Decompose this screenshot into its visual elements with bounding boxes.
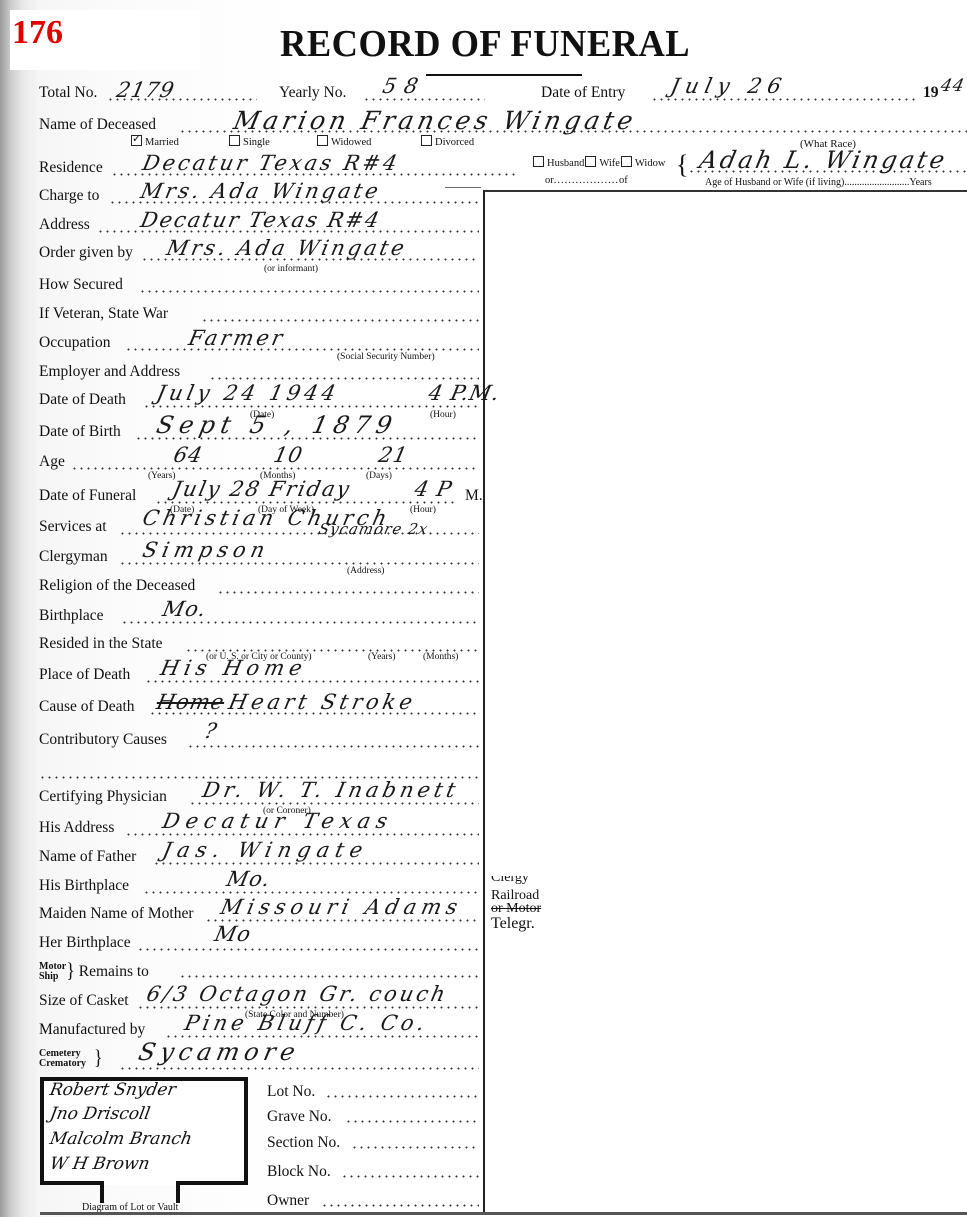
right-panel-left-border	[483, 190, 485, 1212]
dotted-leader	[351, 1146, 479, 1149]
field-cause-of-death: Cause of Death Home Heart Stroke	[39, 698, 479, 720]
dotted-leader	[71, 467, 479, 470]
dotted-leader	[363, 98, 485, 101]
field-label: Religion of the Deceased	[39, 577, 195, 595]
field-her-birthplace: Her Birthplace Mo	[39, 934, 479, 956]
field-value[interactable]: Missouri Adams	[218, 895, 464, 919]
field-charge-to: Charge to Mrs. Ada Wingate	[39, 187, 479, 209]
field-value[interactable]: Pine Bluff C. Co.	[182, 1011, 430, 1035]
dotted-leader	[325, 1095, 479, 1098]
address-sublabel: (Address)	[347, 566, 384, 576]
divorced-label: Divorced	[435, 137, 474, 148]
dotted-leader	[137, 948, 479, 951]
dotted-leader	[121, 621, 479, 624]
field-value[interactable]: His Home	[158, 656, 309, 680]
field-value[interactable]: Decatur Texas	[160, 809, 395, 833]
checkbox-icon[interactable]	[421, 135, 432, 146]
field-label: Certifying Physician	[39, 788, 167, 806]
field-veteran: If Veteran, State War	[39, 305, 479, 327]
informant-sublabel: (or informant)	[264, 264, 318, 274]
ssn-sublabel: (Social Security Number)	[337, 352, 435, 362]
field-label: Cause of Death	[39, 698, 135, 716]
field-label: Address	[39, 216, 90, 234]
right-panel-top-border	[483, 190, 967, 192]
field-label: Date of Funeral	[39, 487, 136, 505]
dotted-leader	[155, 501, 455, 504]
dotted-leader	[217, 591, 479, 594]
field-label: Resided in the State	[39, 635, 163, 653]
title-underline	[426, 74, 582, 76]
field-value[interactable]: Sept 5 , 1879	[154, 411, 400, 439]
name-value[interactable]: Marion Frances Wingate	[231, 106, 640, 135]
hour-sublabel: (Hour)	[410, 505, 436, 515]
grave-no-field: Grave No.	[267, 1108, 479, 1128]
field-maiden-name-of-mother: Maiden Name of Mother Missouri Adams	[39, 905, 479, 927]
annotation-value[interactable]: Sycamore 2x	[317, 520, 430, 538]
field-label: Remains to	[79, 963, 149, 981]
diagram-border	[100, 1181, 104, 1203]
transport-stack: MotorShip	[39, 962, 66, 982]
spouse-age-line: Age of Husband or Wife (if living)......…	[705, 177, 932, 188]
field-label: Contributory Causes	[39, 731, 167, 749]
dotted-leader	[209, 377, 479, 380]
diagram-border	[176, 1181, 180, 1203]
field-value[interactable]: Simpson	[140, 538, 272, 562]
brace-icon: }	[94, 1046, 103, 1068]
checkbox-icon[interactable]	[317, 135, 328, 146]
field-value[interactable]: Heart Stroke	[226, 690, 418, 714]
years-sublabel: (Years)	[148, 471, 176, 481]
field-label: Manufactured by	[39, 1021, 145, 1039]
months-sublabel: (Months)	[423, 652, 458, 662]
field-label: If Veteran, State War	[39, 305, 168, 323]
field-label: Name of Father	[39, 848, 136, 866]
fragment-telegr: Telegr.	[491, 917, 535, 930]
diagram-border	[176, 1181, 244, 1185]
field-age: Age 64 10 21	[39, 453, 479, 475]
hour-sublabel: (Hour)	[430, 410, 456, 420]
grave-no-label: Grave No.	[267, 1108, 332, 1125]
field-order-given-by: Order given by Mrs. Ada Wingate	[39, 244, 479, 266]
date-of-entry-field: Date of Entry July 26 19 44	[541, 84, 961, 106]
field-label: Her Birthplace	[39, 934, 131, 952]
spouse-value-field: Adah L. Wingate	[688, 154, 967, 176]
field-label: Order given by	[39, 244, 133, 262]
field-cemetery: CemeteryCrematory} Sycamore	[39, 1048, 479, 1074]
wife-option: Wife	[599, 158, 620, 169]
marital-divorced[interactable]: Divorced	[421, 135, 474, 148]
checkbox-icon[interactable]	[585, 156, 596, 167]
field-value[interactable]: Mo	[212, 922, 253, 946]
cemetery-stack: CemeteryCrematory	[39, 1049, 86, 1069]
dotted-leader	[137, 1006, 479, 1009]
field-date-of-birth: Date of Birth Sept 5 , 1879	[39, 423, 479, 445]
field-value[interactable]: Mo.	[224, 867, 273, 891]
field-value[interactable]: Farmer	[186, 326, 287, 350]
hour-value[interactable]: 4 P.M.	[426, 381, 502, 405]
total-no-field: Total No. 2179	[39, 84, 239, 106]
field-label: Date of Death	[39, 391, 126, 409]
field-address: Address Decatur Texas R#4	[39, 216, 479, 238]
field-value[interactable]: Mrs. Ada Wingate	[164, 236, 409, 260]
of-label: of	[619, 175, 628, 186]
field-value[interactable]: Mrs. Ada Wingate	[138, 179, 383, 203]
dotted-leader	[119, 562, 479, 565]
total-no-value[interactable]: 2179	[114, 78, 177, 102]
dotted-leader	[187, 745, 479, 748]
page-number: 176	[12, 14, 63, 52]
field-value[interactable]: Decatur Texas R#4	[138, 208, 383, 232]
marital-married[interactable]: ✓Married	[131, 135, 179, 148]
field-place-of-death: Place of Death His Home	[39, 666, 479, 688]
pallbearer-name[interactable]: W H Brown	[48, 1154, 151, 1174]
field-value[interactable]: Mo.	[160, 597, 209, 621]
owner-label: Owner	[267, 1192, 309, 1209]
field-value[interactable]: Decatur Texas R#4	[140, 151, 402, 175]
yearly-no-field: Yearly No. 58	[279, 84, 489, 106]
year-prefix: 19	[923, 84, 939, 102]
dotted-leader	[201, 319, 479, 322]
checkbox-icon[interactable]	[621, 156, 632, 167]
date-of-entry-value[interactable]: July 26	[668, 74, 789, 98]
dotted-leader	[119, 1067, 479, 1070]
pallbearer-name[interactable]: Jno Driscoll	[48, 1104, 151, 1124]
date-of-entry-label: Date of Entry	[541, 84, 625, 102]
dotted-leader	[321, 1204, 479, 1207]
years-label: Years	[909, 177, 931, 188]
diagram-border	[40, 1181, 104, 1185]
checkbox-checked-icon[interactable]: ✓	[131, 135, 142, 146]
field-label: Date of Birth	[39, 423, 121, 441]
dotted-leader	[125, 348, 479, 351]
field-clergyman: Clergyman Simpson	[39, 548, 479, 570]
hour-value[interactable]: 4 P	[412, 477, 454, 501]
field-certifying-physician: Certifying Physician Dr. W. T. Inabnett	[39, 788, 479, 810]
field-birthplace: Birthplace Mo.	[39, 607, 479, 629]
field-remains-to: MotorShip} Remains to	[39, 961, 479, 983]
dotted-leader	[345, 1120, 479, 1123]
field-label: Residence	[39, 159, 103, 177]
married-label: Married	[145, 137, 179, 148]
yearly-no-value[interactable]: 58	[380, 74, 428, 98]
total-no-label: Total No.	[39, 84, 97, 102]
field-services-at: Services at Christian Church Sycamore 2x	[39, 518, 479, 540]
dotted-leader	[125, 833, 479, 836]
days-sublabel: (Days)	[366, 471, 392, 481]
section-no-label: Section No.	[267, 1134, 340, 1151]
fragment-motor: or Motor	[491, 902, 541, 915]
yearly-no-label: Yearly No.	[279, 84, 346, 102]
page-number-box: 176	[10, 10, 200, 70]
single-label: Single	[243, 137, 270, 148]
field-label: His Address	[39, 819, 114, 837]
field-how-secured: How Secured	[39, 276, 479, 298]
spouse-name-value[interactable]: Adah L. Wingate	[697, 146, 950, 174]
field-value[interactable]: Sycamore	[136, 1038, 303, 1066]
field-residence: Residence Decatur Texas R#4	[39, 159, 519, 181]
dotted-leader	[143, 405, 479, 408]
field-label: How Secured	[39, 276, 123, 294]
year-value[interactable]: 44	[939, 76, 967, 96]
or-label: or	[545, 175, 554, 186]
field-religion: Religion of the Deceased	[39, 577, 479, 599]
age-days-value[interactable]: 21	[376, 443, 410, 467]
dotted-leader	[145, 680, 479, 683]
struck-value: Home	[154, 690, 226, 714]
field-label: Maiden Name of Mother	[39, 905, 194, 923]
widowed-label: Widowed	[331, 137, 371, 148]
field-contributory: Contributory Causes ?	[39, 731, 479, 753]
field-value[interactable]: July 24 1944	[154, 381, 341, 405]
checkbox-icon[interactable]	[229, 135, 240, 146]
block-no-field: Block No.	[267, 1163, 479, 1183]
owner-field: Owner	[267, 1192, 479, 1212]
field-label: Employer and Address	[39, 363, 180, 381]
age-years-value[interactable]: 64	[171, 443, 205, 467]
field-value[interactable]: 6/3 Octagon Gr. couch	[144, 982, 450, 1006]
dotted-leader	[143, 891, 479, 894]
dotted-leader	[139, 290, 479, 293]
crematory-label: Crematory	[39, 1058, 86, 1069]
husband-option: Husband	[547, 158, 584, 169]
or-of-line: or..................of	[545, 175, 628, 186]
field-value[interactable]: Dr. W. T. Inabnett	[200, 778, 461, 802]
fragment-text: Clergy	[491, 876, 529, 885]
document-title: RECORD OF FUNERAL	[280, 22, 690, 66]
marital-widowed[interactable]: Widowed	[317, 135, 371, 148]
section-no-field: Section No.	[267, 1134, 479, 1154]
field-label: Size of Casket	[39, 992, 129, 1010]
years-sublabel: (Years)	[368, 652, 396, 662]
brace-icon: }	[66, 959, 75, 981]
dotted-leader	[189, 802, 479, 805]
marital-single[interactable]: Single	[229, 135, 270, 148]
field-value[interactable]: Jas. Wingate	[160, 838, 370, 862]
pallbearer-name[interactable]: Robert Snyder	[48, 1080, 177, 1100]
ship-label: Ship	[39, 971, 58, 982]
field-label: Age	[39, 453, 65, 471]
field-label: Birthplace	[39, 607, 104, 625]
field-label: Place of Death	[39, 666, 130, 684]
fragment-clergy: Clergy	[491, 876, 529, 886]
widow-option: Widow	[635, 158, 666, 169]
field-label: Charge to	[39, 187, 99, 205]
dotted-leader	[179, 975, 479, 978]
age-months-value[interactable]: 10	[271, 443, 305, 467]
bottom-border	[40, 1212, 967, 1215]
spouse-age-label: Age of Husband or Wife (if living)	[705, 177, 844, 188]
field-label: His Birthplace	[39, 877, 129, 895]
field-label: Services at	[39, 518, 107, 536]
dotted-leader	[341, 1175, 479, 1178]
dotted-leader	[651, 98, 919, 101]
lot-no-field: Lot No.	[267, 1083, 479, 1103]
spouse-type-options: HusbandWifeWidow	[533, 156, 665, 169]
lot-no-label: Lot No.	[267, 1083, 315, 1100]
block-no-label: Block No.	[267, 1163, 331, 1180]
field-label: Clergyman	[39, 548, 108, 566]
checkbox-icon[interactable]	[533, 156, 544, 167]
dotted-leader	[153, 862, 479, 865]
meridiem-suffix: M.	[465, 487, 483, 505]
field-value[interactable]: ?	[202, 719, 219, 743]
pallbearer-name[interactable]: Malcolm Branch	[48, 1129, 193, 1149]
field-label: Occupation	[39, 334, 110, 352]
brace-icon: {	[676, 150, 688, 180]
field-value[interactable]: July 28 Friday	[170, 477, 353, 501]
